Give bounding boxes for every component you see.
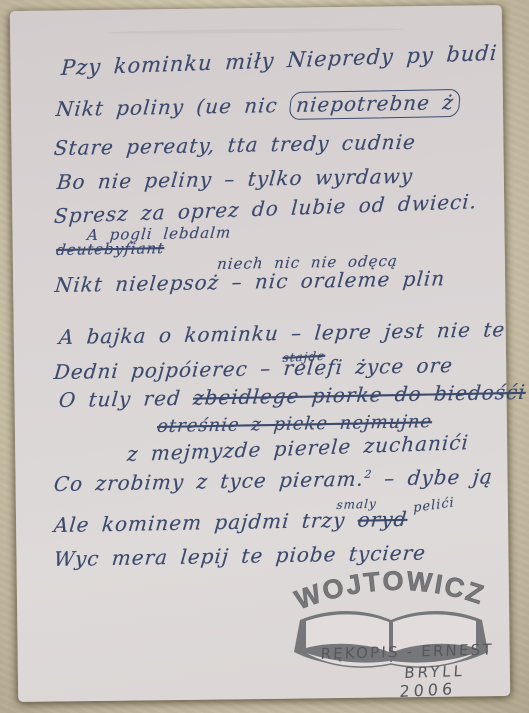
handwriting-segment: Nikt poliny (ue nic [55,93,291,121]
handwriting-segment: O tuly red [58,386,194,412]
handwritten-line: pelići [413,495,455,516]
handwriting-segment: Spresz za oprez do lubie od dwieci. [53,189,478,228]
handwriting-segment: Pzy kominku miły Niepredy py budi [60,41,498,80]
handwritten-line: Co zrobimy z tyce pieram.2 – dybe ją [53,464,494,496]
handwritten-line: O tuly red zbeidlege piorke do biedośći [58,380,527,412]
photo-of-manuscript: WOJTOWICZ Pzy kominku miły Niepredy py b… [0,0,529,713]
handwriting-segment: pelići [413,495,455,516]
handwritten-line: Nikt poliny (ue nic niepotrebne ż [55,90,461,121]
handwriting-segment: Co zrobimy z tyce pieram. [53,467,365,496]
handwriting-segment: oryd [357,507,409,532]
handwritten-poem: Pzy kominku miły Niepredy py budiNikt po… [0,0,529,713]
handwriting-segment: Dedni pojpóierec – relefi życe ore [53,353,454,384]
handwriting-segment: Nikt nielepsoż – nic oraleme plin [54,266,446,297]
handwriting-segment: A bajka o kominku – lepre jest nie te [58,317,507,349]
handwriting-segment: Ale kominem pajdmi trzy [53,508,359,537]
handwriting-segment: Wyc mera lepij te piobe tyciere [53,541,427,572]
handwritten-line: Stare pereaty, tta tredy cudnie [53,130,417,160]
handwritten-line: Wyc mera lepij te piobe tyciere [53,541,427,572]
handwritten-line: deutebyfiant [55,239,165,259]
handwritten-line: Dedni pojpóierec – relefi życe ore [53,353,454,384]
handwriting-segment: niepotrebne ż [289,89,461,120]
handwriting-segment: zbeidlege piorke do biedośći [192,380,527,410]
handwritten-line: Bo nie peliny – tylko wyrdawy [56,164,414,194]
handwritten-line: Pzy kominku miły Niepredy py budi [60,41,498,80]
pencil-inscription-year: 2006 [399,679,457,701]
handwritten-line: Ale kominem pajdmi trzy oryd [53,507,409,537]
handwriting-segment: deutebyfiant [55,239,165,259]
handwritten-line: A bajka o kominku – lepre jest nie te [58,317,507,349]
handwriting-segment: – dybe ją [371,464,494,490]
handwritten-line: Spresz za oprez do lubie od dwieci. [53,189,478,228]
handwriting-segment: Stare pereaty, tta tredy cudnie [53,130,417,160]
handwritten-line: Nikt nielepsoż – nic oraleme plin [54,266,446,297]
handwriting-segment: Bo nie peliny – tylko wyrdawy [56,164,414,194]
